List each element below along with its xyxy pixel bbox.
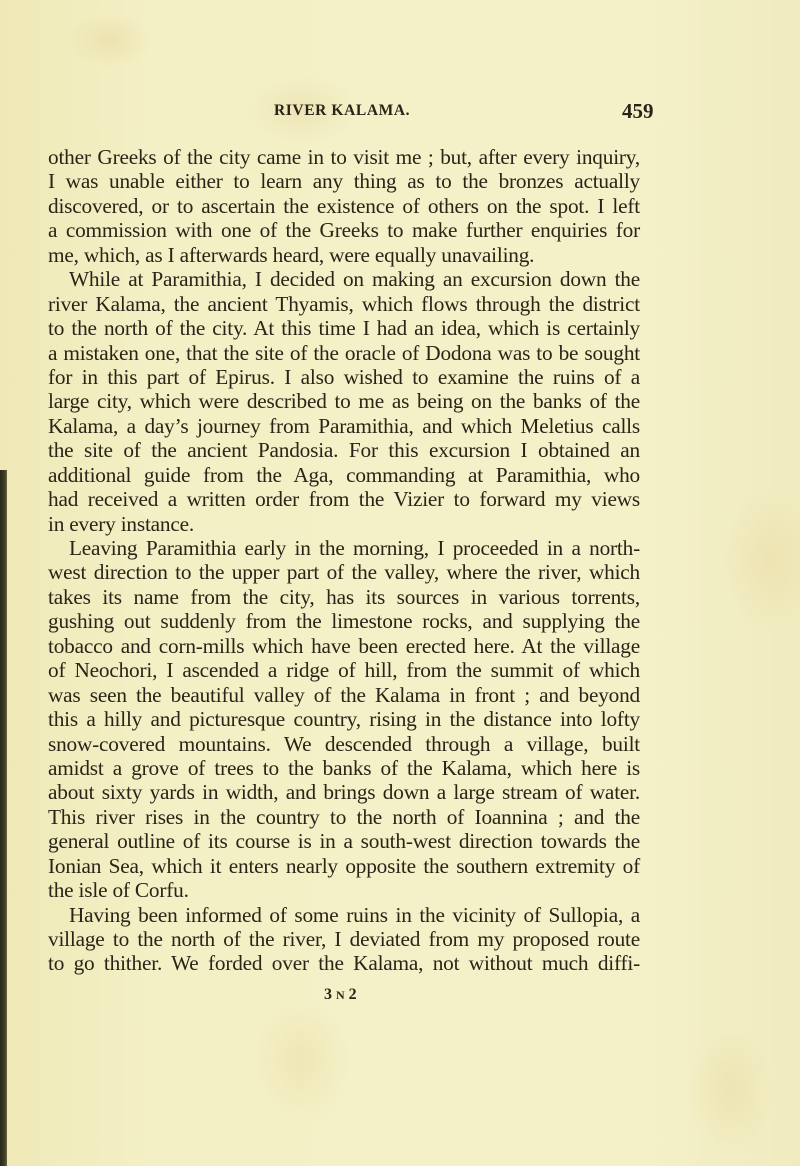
text-line: snow-covered mountains. We descended thr… [48,732,640,756]
page-spine-edge [0,470,7,1166]
text-line: the isle of Corfu. [48,878,640,902]
text-line: gushing out suddenly from the limestone … [48,609,640,633]
text-line: Leaving Paramithia early in the morning,… [48,536,640,560]
text-line: tobacco and corn-mills which have been e… [48,634,640,658]
text-line: in every instance. [48,512,640,536]
text-line: I was unable either to learn any thing a… [48,169,640,193]
text-line: other Greeks of the city came in to visi… [48,145,640,169]
paragraph: Leaving Paramithia early in the morning,… [48,536,640,903]
text-line: takes its name from the city, has its so… [48,585,640,609]
text-line: additional guide from the Aga, commandin… [48,463,640,487]
text-line: Kalama, a day’s journey from Paramithia,… [48,414,640,438]
text-line: west direction to the upper part of the … [48,560,640,584]
text-line: for in this part of Epirus. I also wishe… [48,365,640,389]
running-head: RIVER KALAMA. 459 [0,102,800,132]
text-line: this a hilly and picturesque country, ri… [48,707,640,731]
text-line: was seen the beautiful valley of the Kal… [48,683,640,707]
text-line: a mistaken one, that the site of the ora… [48,341,640,365]
book-page: RIVER KALAMA. 459 other Greeks of the ci… [0,0,800,1166]
text-line: amidst a grove of trees to the banks of … [48,756,640,780]
text-line: village to the north of the river, I dev… [48,927,640,951]
text-line: general outline of its course is in a so… [48,829,640,853]
text-line: to the north of the city. At this time I… [48,316,640,340]
signature-sheet: 2 [349,986,361,1003]
text-line: Ionian Sea, which it enters nearly oppos… [48,854,640,878]
text-line: me, which, as I afterwards heard, were e… [48,243,640,267]
text-line: While at Paramithia, I decided on making… [48,267,640,291]
paragraph: While at Paramithia, I decided on making… [48,267,640,536]
body-text: other Greeks of the city came in to visi… [48,145,640,976]
text-line: to go thither. We forded over the Kalama… [48,951,640,975]
page-number: 459 [622,99,654,124]
printer-signature-mark: 3N2 [324,986,361,1004]
text-line: about sixty yards in width, and brings d… [48,780,640,804]
text-line: of Neochori, I ascended a ridge of hill,… [48,658,640,682]
text-line: discovered, or to ascertain the existenc… [48,194,640,218]
text-line: This river rises in the country to the n… [48,805,640,829]
text-line: Having been informed of some ruins in th… [48,903,640,927]
paragraph: other Greeks of the city came in to visi… [48,145,640,267]
signature-number: 3 [324,986,336,1003]
paragraph: Having been informed of some ruins in th… [48,903,640,976]
running-title: RIVER KALAMA. [274,102,410,120]
text-line: large city, which were described to me a… [48,389,640,413]
text-line: a commission with one of the Greeks to m… [48,218,640,242]
signature-letter: N [336,988,349,1002]
text-line: the site of the ancient Pandosia. For th… [48,438,640,462]
text-line: had received a written order from the Vi… [48,487,640,511]
text-line: river Kalama, the ancient Thyamis, which… [48,292,640,316]
